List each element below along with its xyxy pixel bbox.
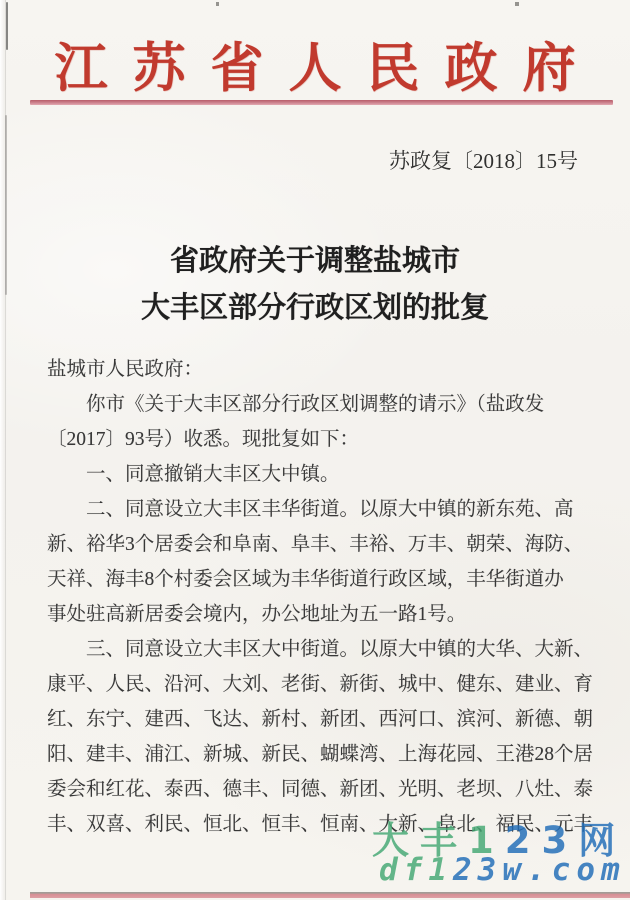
letterhead-org-name: 江苏省人民政府: [0, 26, 630, 102]
document-title-line2: 大丰区部分行政区划的批复: [0, 285, 630, 332]
page-bottom-edge-line: [30, 892, 630, 898]
document-title-line1: 省政府关于调整盐城市: [0, 238, 630, 285]
body-line: 康平、人民、沿河、大刘、老街、新街、城中、健东、建业、育: [47, 667, 589, 702]
document-title: 省政府关于调整盐城市 大丰区部分行政区划的批复: [0, 238, 630, 332]
document-number: 苏政复〔2018〕15号: [0, 145, 578, 175]
watermark-site-url-green: df1: [379, 852, 453, 888]
scanned-document-page: 江苏省人民政府 苏政复〔2018〕15号 省政府关于调整盐城市 大丰区部分行政区…: [0, 0, 630, 900]
body-line-item-1: 一、同意撤销大丰区大中镇。: [47, 457, 589, 492]
body-line-item-3: 三、同意设立大丰区大中街道。以原大中镇的大华、大新、: [47, 632, 589, 667]
document-body: 盐城市人民政府： 你市《关于大丰区部分行政区划调整的请示》（盐政发 〔2017〕…: [47, 352, 589, 842]
scan-speck: [216, 2, 219, 6]
watermark-site-url-blue: 23w.com: [453, 852, 626, 888]
letterhead-separator-rule: [30, 100, 613, 105]
body-line-salutation: 盐城市人民政府：: [47, 352, 589, 387]
body-line-item-2: 二、同意设立大丰区丰华街道。以原大中镇的新东苑、高: [47, 492, 589, 527]
body-line: 你市《关于大丰区部分行政区划调整的请示》（盐政发: [47, 387, 589, 422]
body-line: 事处驻高新居委会境内，办公地址为五一路1号。: [47, 597, 589, 632]
scan-speck: [515, 2, 519, 6]
watermark-site-url: df123w.com: [379, 852, 626, 888]
body-line: 天祥、海丰8个村委会区域为丰华街道行政区域，丰华街道办: [47, 562, 589, 597]
body-line: 新、裕华3个居委会和阜南、阜丰、丰裕、万丰、朝荣、海防、: [47, 527, 589, 562]
body-line: 委会和红花、泰西、德丰、同德、新团、光明、老坝、八灶、泰: [47, 772, 589, 807]
body-line: 〔2017〕93号）收悉。现批复如下：: [47, 422, 589, 457]
body-line: 阳、建丰、浦江、新城、新民、蝴蝶湾、上海花园、王港28个居: [47, 737, 589, 772]
body-line: 红、东宁、建西、飞达、新村、新团、西河口、滨河、新德、朝: [47, 702, 589, 737]
